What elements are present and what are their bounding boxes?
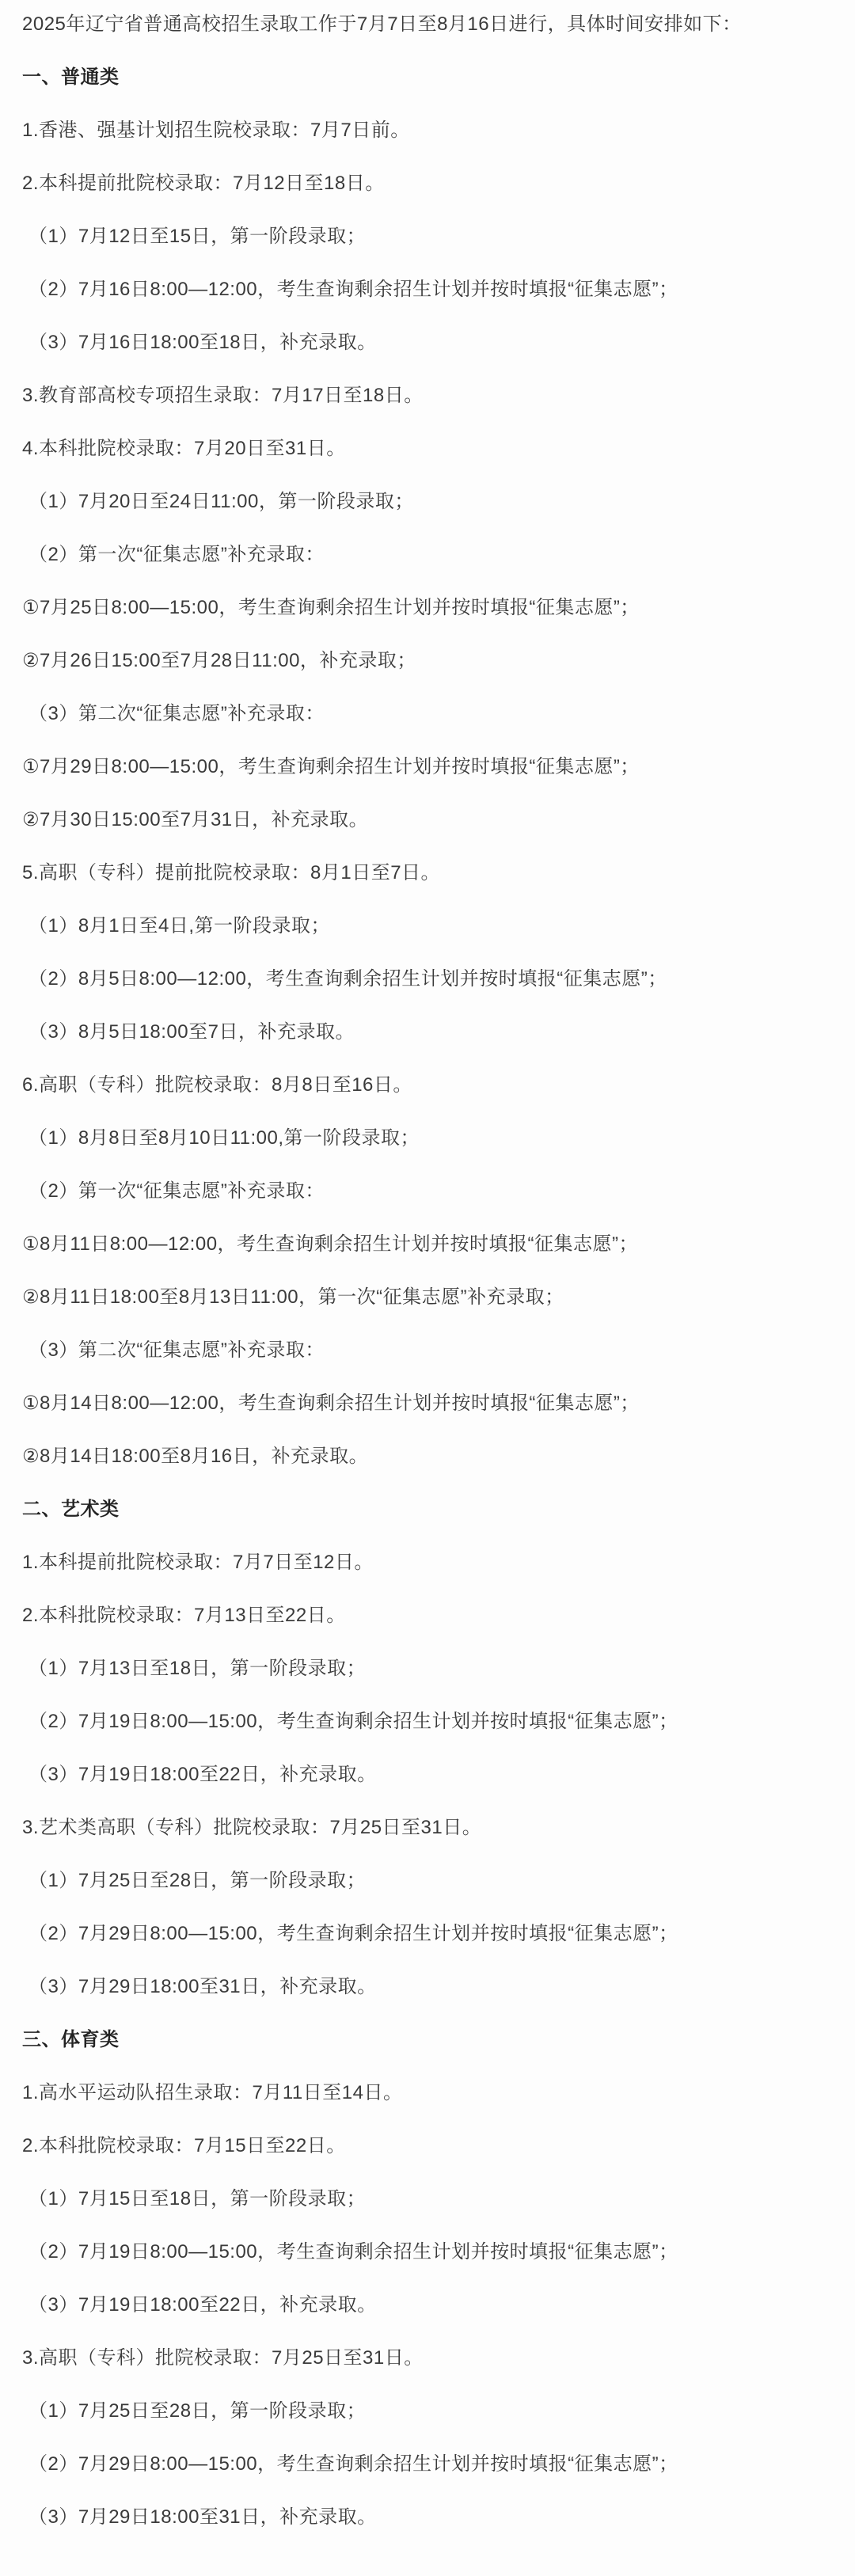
section-heading: 二、艺术类 bbox=[22, 1498, 831, 1521]
section-heading: 一、普通类 bbox=[22, 66, 831, 89]
schedule-line: ②8月11日18:00至8月13日11:00，第一次“征集志愿”补充录取； bbox=[22, 1286, 831, 1309]
schedule-line: （3）第二次“征集志愿”补充录取： bbox=[22, 702, 831, 725]
schedule-line: （3）第二次“征集志愿”补充录取： bbox=[22, 1339, 831, 1362]
schedule-line: ②8月14日18:00至8月16日，补充录取。 bbox=[22, 1445, 831, 1468]
schedule-line: （1）8月1日至4日,第一阶段录取； bbox=[22, 914, 831, 937]
schedule-line: （1）7月13日至18日，第一阶段录取； bbox=[22, 1657, 831, 1680]
schedule-line: （1）7月25日至28日，第一阶段录取； bbox=[22, 1869, 831, 1892]
schedule-line: ①7月29日8:00—15:00，考生查询剩余招生计划并按时填报“征集志愿”； bbox=[22, 755, 831, 778]
schedule-line: （3）7月29日18:00至31日，补充录取。 bbox=[22, 2506, 831, 2529]
schedule-line: ②7月26日15:00至7月28日11:00，补充录取； bbox=[22, 649, 831, 672]
schedule-line: （2）7月16日8:00—12:00，考生查询剩余招生计划并按时填报“征集志愿”… bbox=[22, 278, 831, 301]
schedule-line: 2.本科批院校录取：7月13日至22日。 bbox=[22, 1604, 831, 1627]
schedule-line: （2）7月19日8:00—15:00，考生查询剩余招生计划并按时填报“征集志愿”… bbox=[22, 1710, 831, 1733]
schedule-line: （3）7月19日18:00至22日，补充录取。 bbox=[22, 1763, 831, 1786]
schedule-line: 1.本科提前批院校录取：7月7日至12日。 bbox=[22, 1551, 831, 1574]
section-heading: 三、体育类 bbox=[22, 2028, 831, 2051]
schedule-line: 1.香港、强基计划招生院校录取：7月7日前。 bbox=[22, 119, 831, 142]
schedule-line: （2）8月5日8:00—12:00，考生查询剩余招生计划并按时填报“征集志愿”； bbox=[22, 967, 831, 990]
document-page: 2025年辽宁省普通高校招生录取工作于7月7日至8月16日进行，具体时间安排如下… bbox=[0, 0, 855, 2576]
schedule-line: 5.高职（专科）提前批院校录取：8月1日至7日。 bbox=[22, 861, 831, 884]
schedule-line: ①7月25日8:00—15:00，考生查询剩余招生计划并按时填报“征集志愿”； bbox=[22, 596, 831, 619]
schedule-line: （2）第一次“征集志愿”补充录取： bbox=[22, 543, 831, 566]
schedule-line: ①8月14日8:00—12:00，考生查询剩余招生计划并按时填报“征集志愿”； bbox=[22, 1392, 831, 1415]
schedule-line: （2）第一次“征集志愿”补充录取： bbox=[22, 1180, 831, 1203]
schedule-line: 3.高职（专科）批院校录取：7月25日至31日。 bbox=[22, 2346, 831, 2369]
schedule-line: （1）8月8日至8月10日11:00,第一阶段录取； bbox=[22, 1127, 831, 1149]
schedule-line: 2.本科批院校录取：7月15日至22日。 bbox=[22, 2134, 831, 2157]
schedule-line: （2）7月29日8:00—15:00，考生查询剩余招生计划并按时填报“征集志愿”… bbox=[22, 2453, 831, 2475]
schedule-line: 4.本科批院校录取：7月20日至31日。 bbox=[22, 437, 831, 460]
schedule-line: （2）7月19日8:00—15:00，考生查询剩余招生计划并按时填报“征集志愿”… bbox=[22, 2240, 831, 2263]
schedule-line: 6.高职（专科）批院校录取：8月8日至16日。 bbox=[22, 1073, 831, 1096]
schedule-line: 3.艺术类高职（专科）批院校录取：7月25日至31日。 bbox=[22, 1816, 831, 1839]
schedule-line: 1.高水平运动队招生录取：7月11日至14日。 bbox=[22, 2081, 831, 2104]
schedule-line: ②7月30日15:00至7月31日，补充录取。 bbox=[22, 808, 831, 831]
schedule-line: （1）7月12日至15日，第一阶段录取； bbox=[22, 225, 831, 248]
schedule-line: （3）7月16日18:00至18日，补充录取。 bbox=[22, 331, 831, 354]
intro-paragraph: 2025年辽宁省普通高校招生录取工作于7月7日至8月16日进行，具体时间安排如下… bbox=[22, 13, 831, 36]
schedule-line: （2）7月29日8:00—15:00，考生查询剩余招生计划并按时填报“征集志愿”… bbox=[22, 1922, 831, 1945]
schedule-line: （3）8月5日18:00至7日，补充录取。 bbox=[22, 1020, 831, 1043]
schedule-line: （3）7月29日18:00至31日，补充录取。 bbox=[22, 1975, 831, 1998]
sections-container: 一、普通类1.香港、强基计划招生院校录取：7月7日前。2.本科提前批院校录取：7… bbox=[22, 66, 831, 2529]
schedule-line: （1）7月20日至24日11:00，第一阶段录取； bbox=[22, 490, 831, 513]
schedule-line: ①8月11日8:00—12:00，考生查询剩余招生计划并按时填报“征集志愿”； bbox=[22, 1233, 831, 1256]
schedule-line: （1）7月15日至18日，第一阶段录取； bbox=[22, 2187, 831, 2210]
schedule-line: （1）7月25日至28日，第一阶段录取； bbox=[22, 2399, 831, 2422]
schedule-line: （3）7月19日18:00至22日，补充录取。 bbox=[22, 2293, 831, 2316]
schedule-line: 2.本科提前批院校录取：7月12日至18日。 bbox=[22, 172, 831, 195]
schedule-line: 3.教育部高校专项招生录取：7月17日至18日。 bbox=[22, 384, 831, 407]
